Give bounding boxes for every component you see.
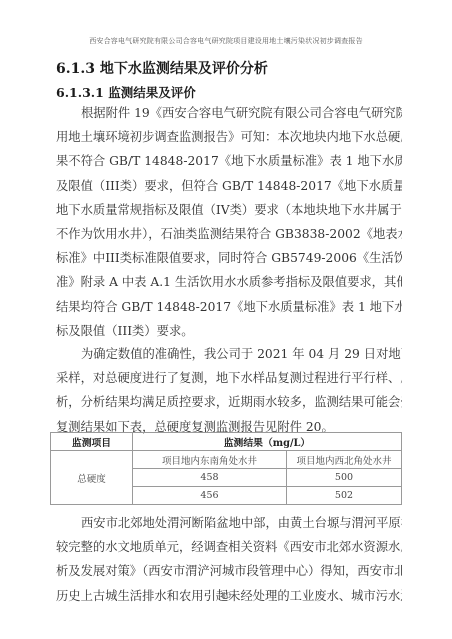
cell-value: 458 (133, 469, 287, 487)
text-line: 析及发展对策》（西安市渭浐河城市段管理中心）得知，西安市北郊由于 (56, 559, 402, 583)
subsection-heading: 6.1.3.1 监测结果及评价 (56, 83, 196, 101)
paragraph-resampling: 为确定数值的准确性，我公司于 2021 年 04 月 29 日对地下水样品重新 … (56, 342, 402, 439)
text-line: 为确定数值的准确性，我公司于 2021 年 04 月 29 日对地下水样品重新 (56, 342, 402, 366)
text-line: 标及限值（III类）要求。 (56, 319, 402, 343)
item-total-hardness: 总硬度 (51, 451, 133, 505)
table-header-row: 监测项目 监测结果（mg/L） (51, 433, 402, 451)
subheader-southeast-well: 项目地内东南角处水井 (133, 451, 287, 469)
text-line: 标准》中III类标准限值要求，同时符合 GB5749-2006《生活饮用水卫生标 (56, 246, 402, 270)
text-line: 较完整的水文地质单元，经调查相关资料《西安市北郊水资源水质现状分 (56, 535, 402, 559)
text-line: 准》附录 A 中表 A.1 生活饮用水水质参考指标及限值要求，其他项目监测 (56, 270, 402, 294)
subheader-northwest-well: 项目地内西北角处水井 (287, 451, 402, 469)
cell-value: 502 (287, 487, 402, 505)
text-line: 结果均符合 GB/T 14848-2017《地下水质量标准》表 1 地下水质量常… (56, 295, 402, 319)
text-line: 果不符合 GB/T 14848-2017《地下水质量标准》表 1 地下水质量常规… (56, 149, 402, 173)
text-line: 及限值（III类）要求，但符合 GB/T 14848-2017《地下水质量标准》… (56, 174, 402, 198)
text-line: 西安市北郊地处渭河断陷盆地中部，由黄土台塬与渭河平原构成一个 (56, 511, 402, 535)
text-line: 地下水质量常规指标及限值（IV类）要求（本地块地下水井属于监测井， (56, 198, 402, 222)
text-line: 采样，对总硬度进行了复测，地下水样品复测过程进行平行样、质控样分 (56, 366, 402, 390)
table-subheader-row: 总硬度 项目地内东南角处水井 项目地内西北角处水井 (51, 451, 402, 469)
page-number: - 80 - (0, 591, 452, 600)
section-heading: 6.1.3 地下水监测结果及评价分析 (56, 58, 268, 78)
cell-value: 500 (287, 469, 402, 487)
retest-results-table: 监测项目 监测结果（mg/L） 总硬度 项目地内东南角处水井 项目地内西北角处水… (50, 432, 402, 505)
paragraph-monitoring-results: 根据附件 19《西安合容电气研究院有限公司合容电气研究院项目建设 用地土壤环境初… (56, 101, 402, 343)
text-line: 根据附件 19《西安合容电气研究院有限公司合容电气研究院项目建设 (56, 101, 402, 125)
header-monitoring-item: 监测项目 (51, 433, 133, 451)
text-line: 用地土壤环境初步调查监测报告》可知：本次地块内地下水总硬度监测结 (56, 125, 402, 149)
header-monitoring-result: 监测结果（mg/L） (133, 433, 402, 451)
text-line: 不作为饮用水井），石油类监测结果符合 GB3838-2002《地表水环境质量 (56, 222, 402, 246)
running-header: 西安合容电气研究院有限公司合容电气研究院项目建设用地土壤污染状况初步调查报告 (0, 36, 452, 46)
text-line: 析，分析结果均满足质控要求，近期雨水较多，监测结果可能会受其影响， (56, 390, 402, 414)
cell-value: 456 (133, 487, 287, 505)
